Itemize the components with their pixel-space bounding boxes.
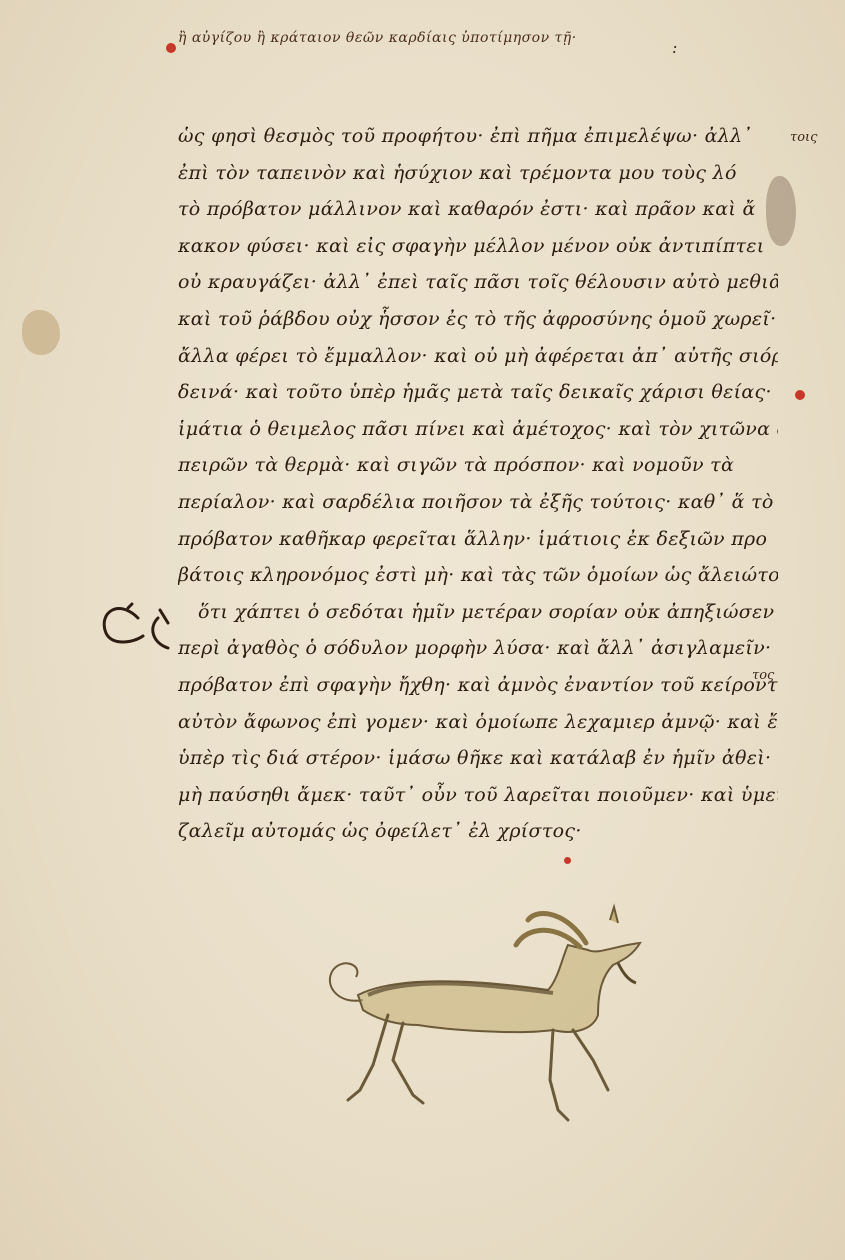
- text-line: τὸ πρόβατον μάλλινον καὶ καθαρόν ἐστι· κ…: [178, 191, 778, 228]
- text-line: δεινά· καὶ τοῦτο ὑπὲρ ἡμᾶς μετὰ ταῖς δει…: [178, 374, 778, 411]
- text-line: ζαλεῖμ αὐτομάς ὡς ὀφείλετ᾽ ἐλ χρίστος·: [178, 813, 778, 850]
- text-line: πειρῶν τὰ θερμὰ· καὶ σιγῶν τὰ πρόσπον· κ…: [178, 447, 778, 484]
- initial-flourish-icon: [98, 598, 198, 658]
- text-line: περὶ ἀγαθὸς ὁ σόδυλον μορφὴν λύσα· καὶ ἄ…: [178, 630, 778, 667]
- rubric-dot: [795, 390, 805, 400]
- text-line: περίαλον· καὶ σαρδέλια ποιῆσον τὰ ἐξῆς τ…: [178, 484, 778, 521]
- text-line: ἐπὶ τὸν ταπεινὸν καὶ ἡσύχιον καὶ τρέμοντ…: [178, 155, 778, 192]
- text-line: καὶ τοῦ ῥάβδου οὐχ ἧσσον ἐς τὸ τῆς ἀφροσ…: [178, 301, 778, 338]
- text-line: ὑπὲρ τὶς διά στέρον· ἱμάσω θῆκε καὶ κατά…: [178, 740, 778, 777]
- text-line: ἄλλα φέρει τὸ ἔμμαλλον· καὶ οὐ μὴ ἀφέρετ…: [178, 338, 778, 375]
- text-line: πρόβατον καθῆκαρ φερεῖται ἅλλην· ἱμάτιοι…: [178, 521, 778, 558]
- goat-illustration-icon: [318, 895, 648, 1135]
- text-line: μὴ παύσηθι ἄμεκ· ταῦτ᾽ οὖν τοῦ λαρεῖται …: [178, 777, 778, 814]
- text-line: οὐ κραυγάζει· ἀλλ᾽ ἐπεὶ ταῖς πᾶσι τοῖς θ…: [178, 264, 778, 301]
- text-line: αὐτὸν ἄφωνος ἐπὶ γομεν· καὶ ὁμοίωπε λεχα…: [178, 704, 778, 741]
- manuscript-page: ἢ αὐγίζου ἢ κράταιον θεῶν καρδίαις ὑποτί…: [0, 0, 845, 1260]
- text-line: ὡς φησὶ θεσμὸς τοῦ προφήτου· ἐπὶ πῆμα ἐπ…: [178, 118, 778, 155]
- header-end-mark: :: [672, 38, 677, 57]
- margin-note-right-top: τοις: [790, 130, 817, 145]
- body-text: ὡς φησὶ θεσμὸς τοῦ προφήτου· ἐπὶ πῆμα ἐπ…: [178, 118, 778, 850]
- text-line: κακον φύσει· καὶ εἰς σφαγὴν μέλλον μένον…: [178, 228, 778, 265]
- text-line: ὅτι χάπτει ὁ σεδόται ἡμῖν μετέραν σορίαν…: [178, 594, 778, 631]
- rubric-dot: [564, 857, 571, 864]
- text-line: ἱμάτια ὁ θειμελος πᾶσι πίνει καὶ ἀμέτοχο…: [178, 411, 778, 448]
- water-stain-left: [22, 310, 60, 355]
- text-line: βάτοις κληρονόμος ἐστὶ μὴ· καὶ τὰς τῶν ὁ…: [178, 557, 778, 594]
- header-text: ἢ αὐγίζου ἢ κράταιον θεῶν καρδίαις ὑποτί…: [178, 30, 698, 46]
- text-line: πρόβατον ἐπὶ σφαγὴν ἤχθη· καὶ ἀμνὸς ἐναν…: [178, 667, 778, 704]
- rubric-dot: [166, 43, 176, 53]
